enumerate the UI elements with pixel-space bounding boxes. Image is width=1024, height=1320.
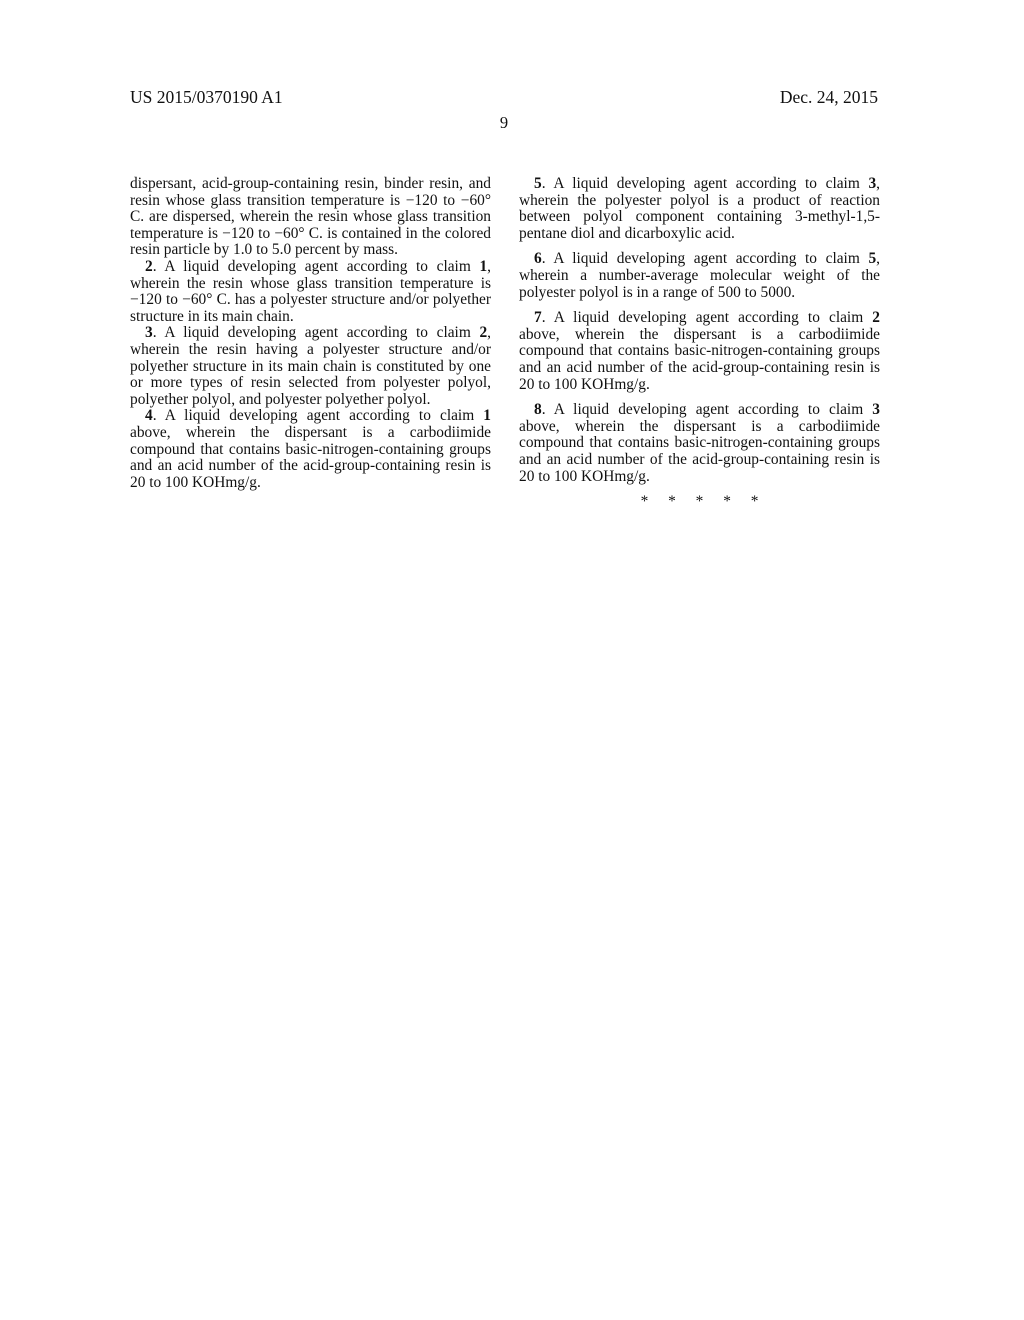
claim-paragraph: 8. A liquid developing agent according t… xyxy=(519,402,880,485)
claim-paragraph: 4. A liquid developing agent according t… xyxy=(130,408,491,491)
page-header: US 2015/0370190 A1 Dec. 24, 2015 xyxy=(130,87,878,107)
left-column: dispersant, acid-group-containing resin,… xyxy=(130,176,491,520)
publication-date: Dec. 24, 2015 xyxy=(780,87,878,107)
claim-paragraph: 5. A liquid developing agent according t… xyxy=(519,176,880,242)
claim-paragraph: 2. A liquid developing agent according t… xyxy=(130,259,491,325)
claim-paragraph: 6. A liquid developing agent according t… xyxy=(519,251,880,301)
claim-paragraph: dispersant, acid-group-containing resin,… xyxy=(130,176,491,259)
text-columns: dispersant, acid-group-containing resin,… xyxy=(130,176,880,520)
patent-page: US 2015/0370190 A1 Dec. 24, 2015 9 dispe… xyxy=(0,0,1024,1320)
page-number: 9 xyxy=(130,113,878,133)
end-of-claims-separator: * * * * * xyxy=(519,494,880,511)
claim-paragraph: 3. A liquid developing agent according t… xyxy=(130,325,491,408)
right-column: 5. A liquid developing agent according t… xyxy=(519,176,880,520)
claim-paragraph: 7. A liquid developing agent according t… xyxy=(519,310,880,393)
publication-number: US 2015/0370190 A1 xyxy=(130,87,283,107)
